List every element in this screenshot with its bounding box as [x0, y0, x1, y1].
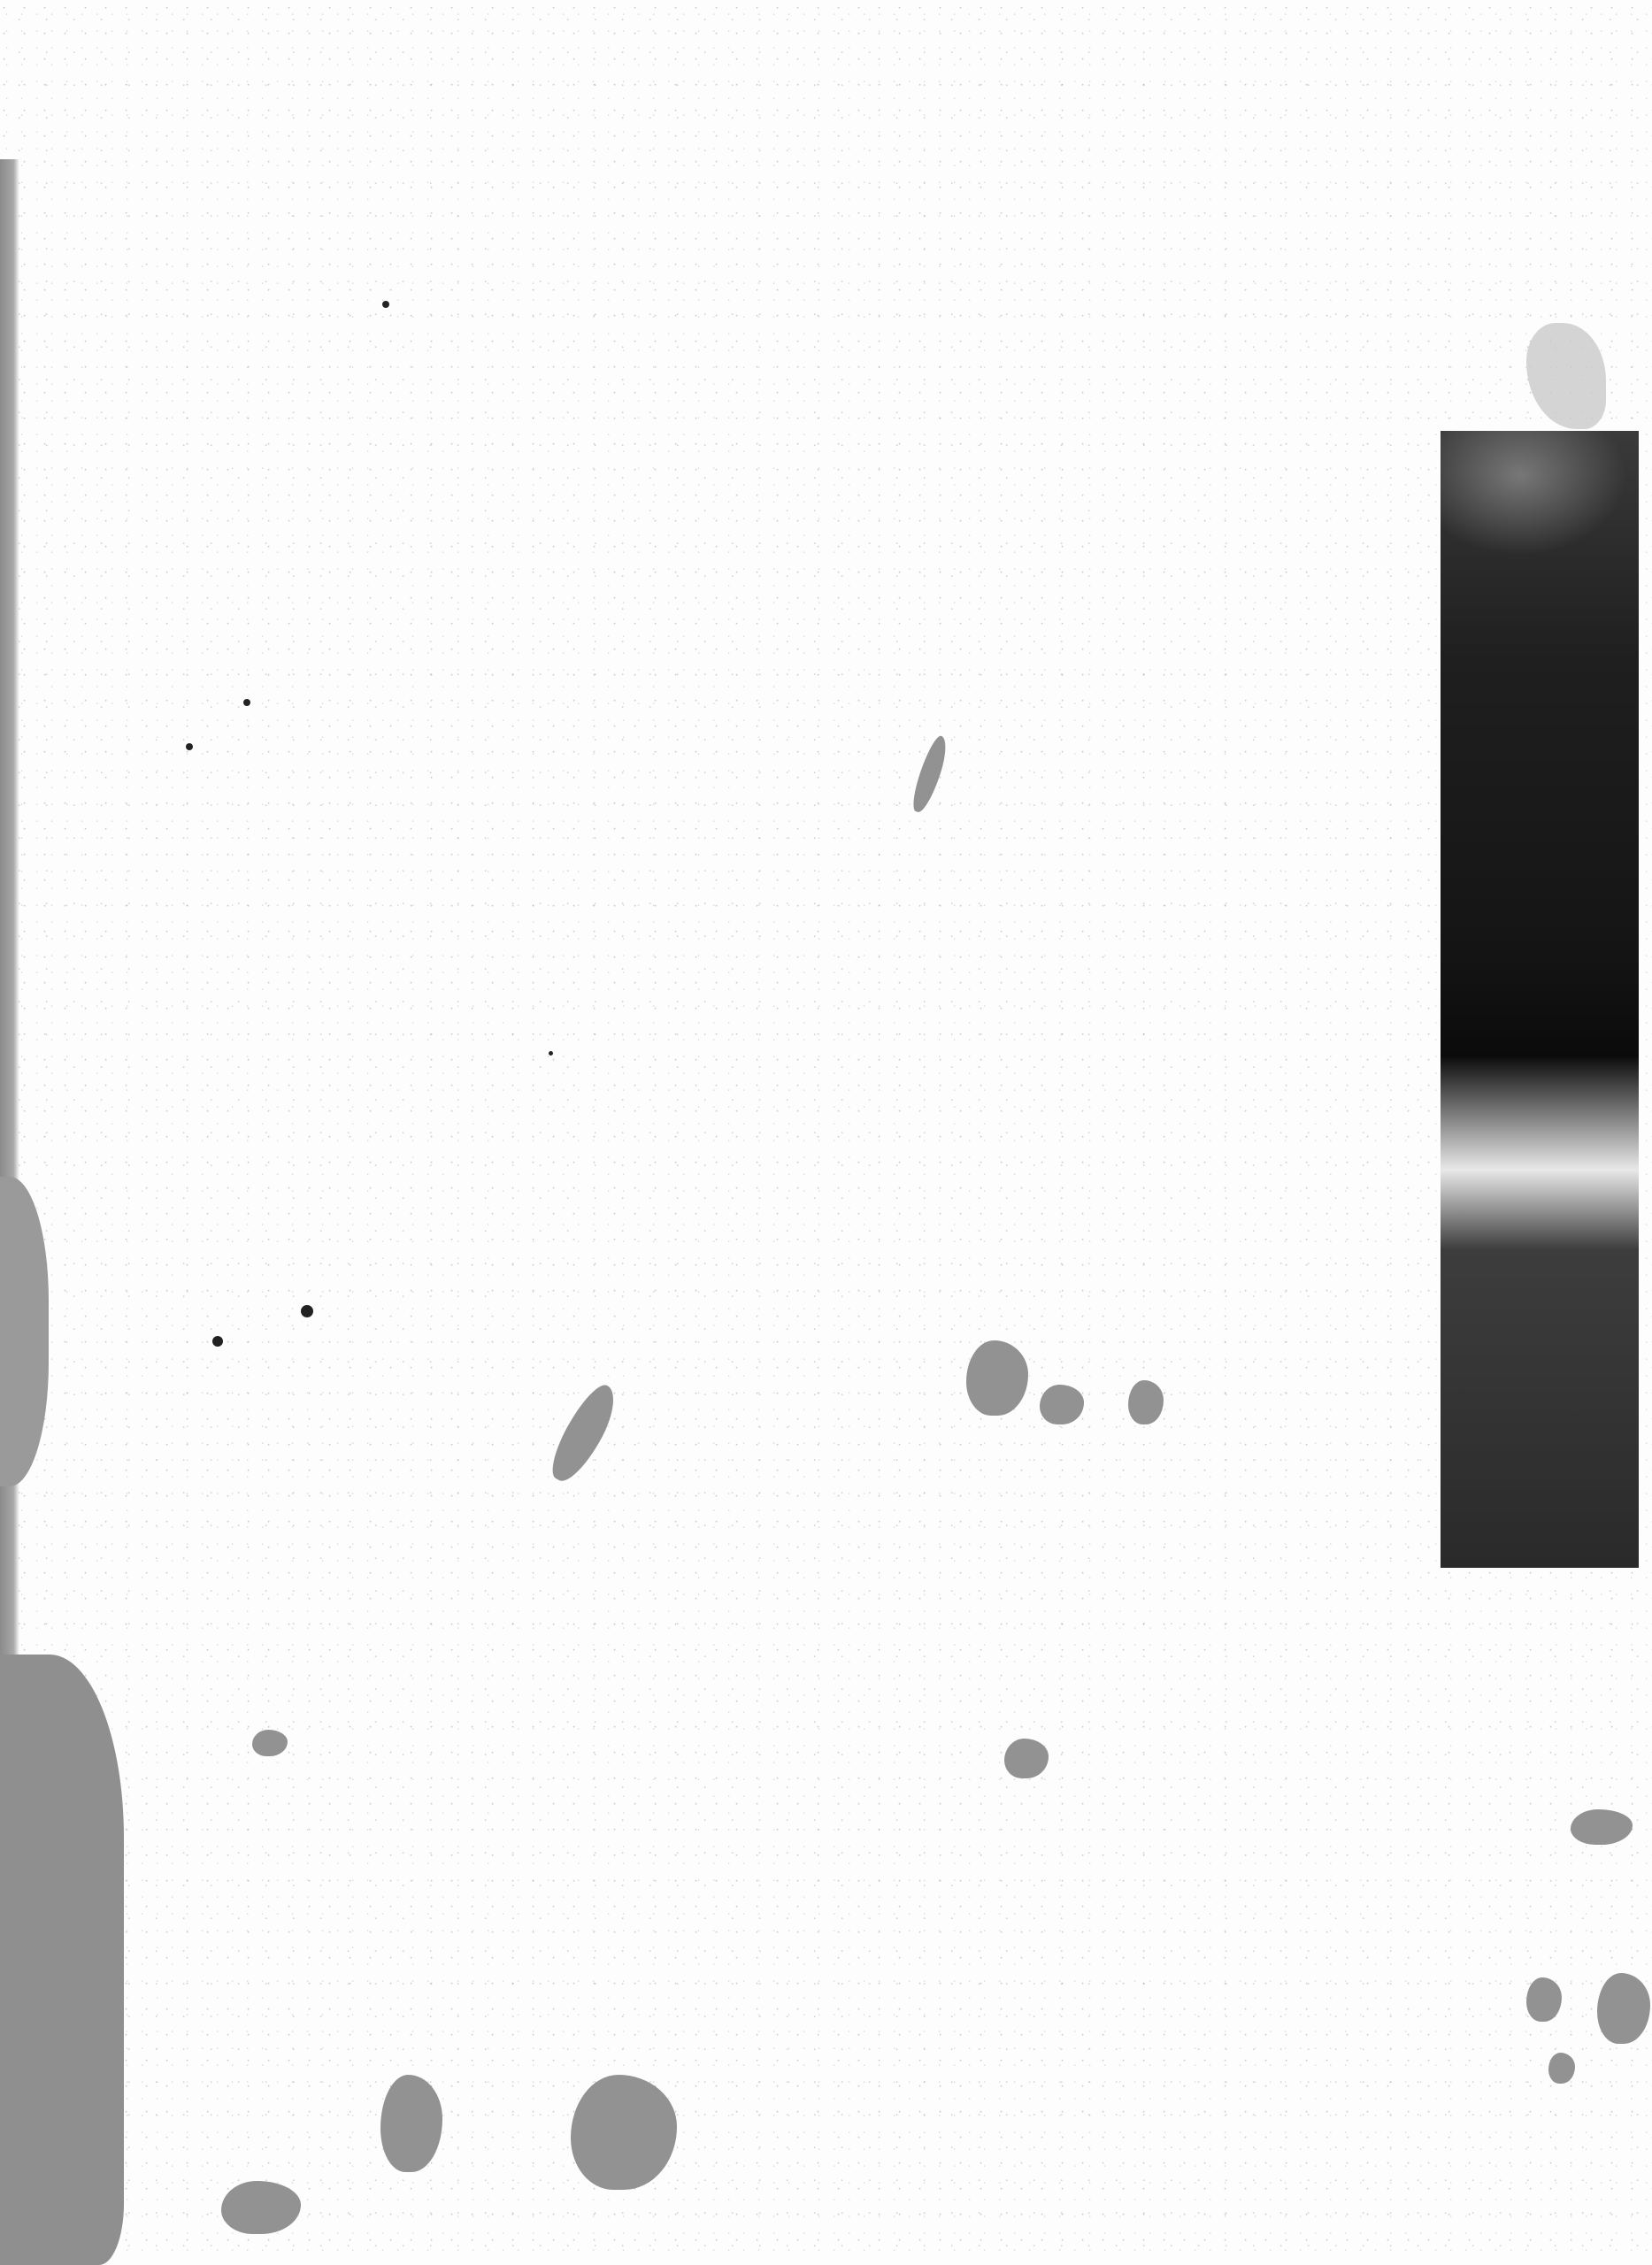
right-dark-strip	[1441, 431, 1639, 1568]
scanned-page	[0, 0, 1652, 2265]
page-content-area	[53, 53, 1422, 2212]
page-text	[53, 53, 54, 54]
